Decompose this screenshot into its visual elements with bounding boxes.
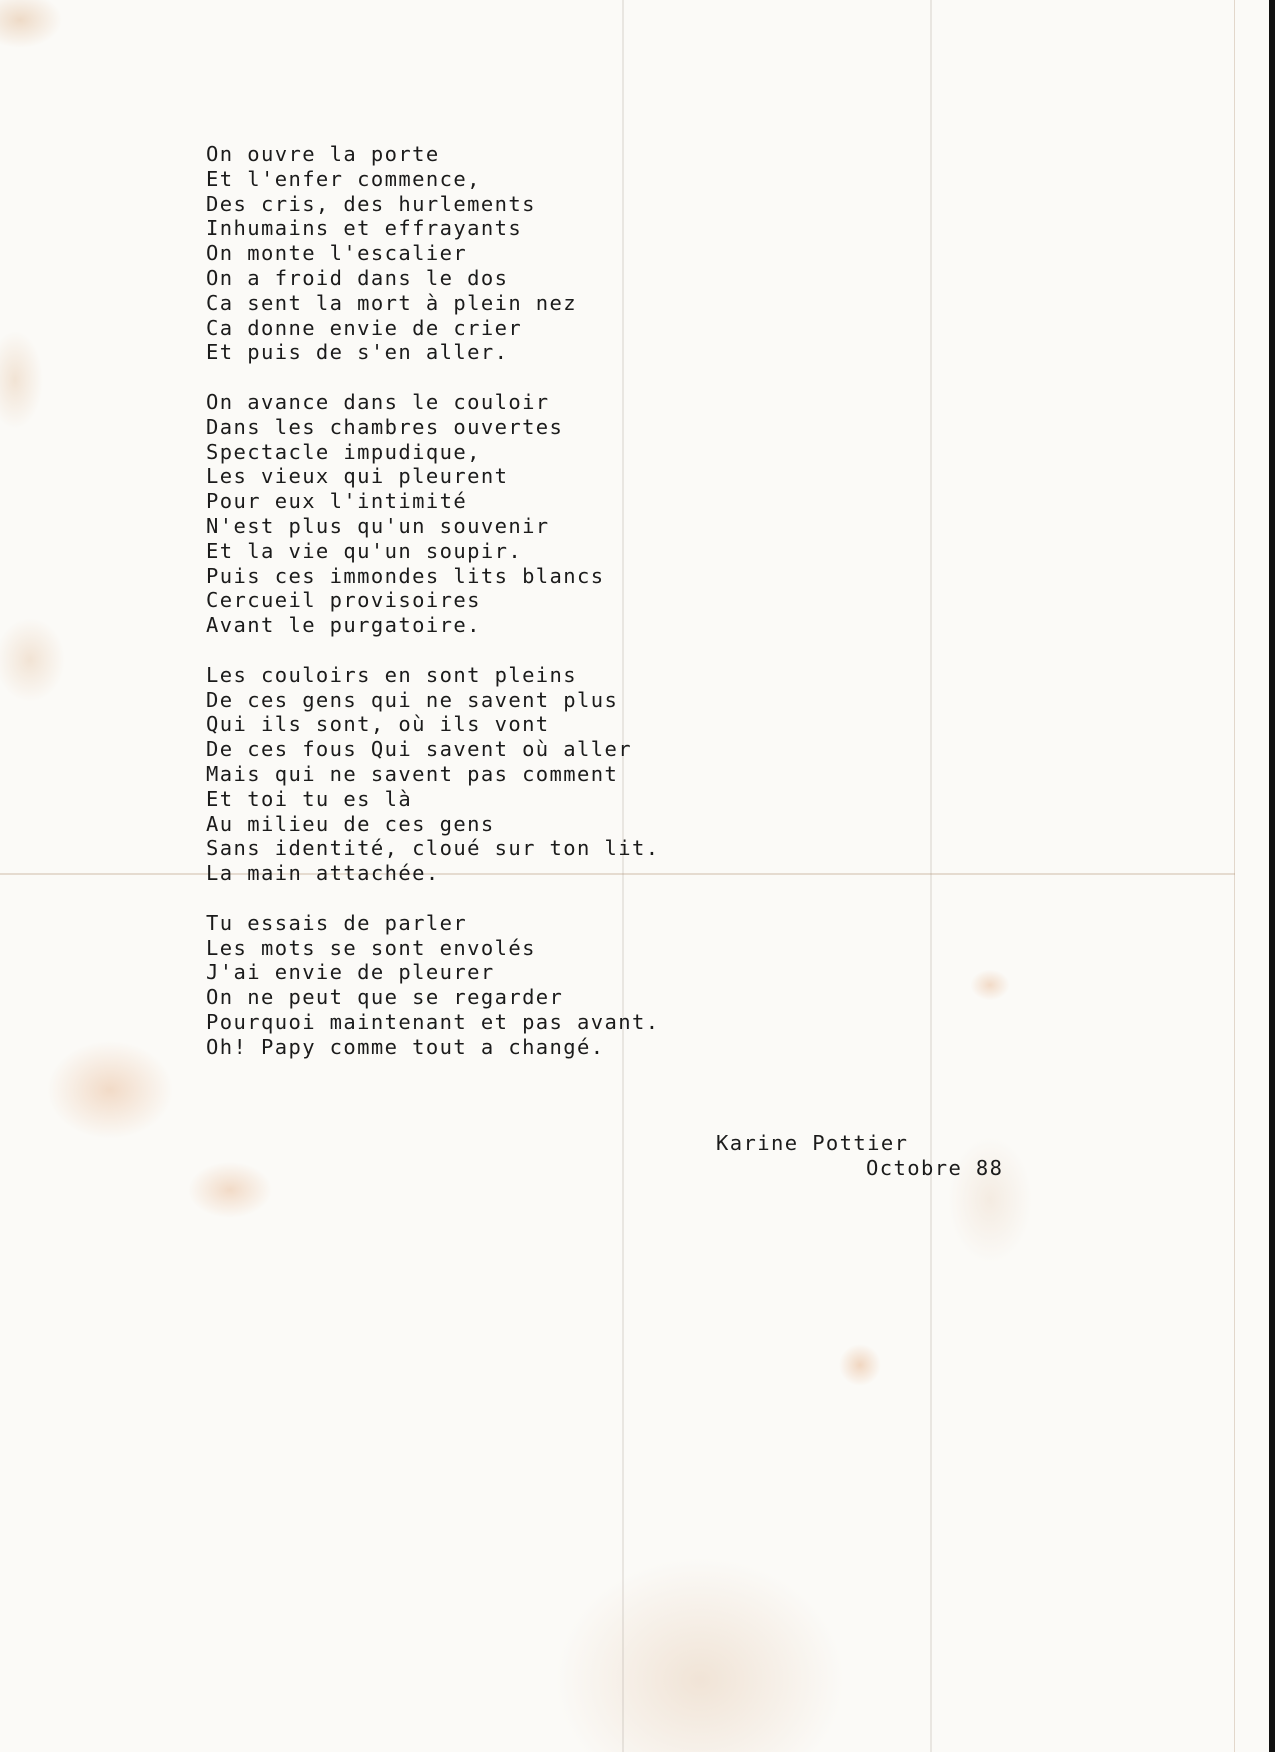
poem-line: On monte l'escalier [206, 241, 660, 266]
poem-line: Au milieu de ces gens [206, 812, 660, 837]
poem-line: J'ai envie de pleurer [206, 960, 660, 985]
poem-line: Et l'enfer commence, [206, 167, 660, 192]
poem-stanza: On avance dans le couloirDans les chambr… [206, 390, 660, 638]
poem-line: Les vieux qui pleurent [206, 464, 660, 489]
poem-line: Et puis de s'en aller. [206, 340, 660, 365]
poem-line: Ca sent la mort à plein nez [206, 291, 660, 316]
poem-line: Avant le purgatoire. [206, 613, 660, 638]
poem-line: De ces gens qui ne savent plus [206, 688, 660, 713]
poem-line: Pourquoi maintenant et pas avant. [206, 1010, 660, 1035]
poem-line: De ces fous Qui savent où aller [206, 737, 660, 762]
poem-line: N'est plus qu'un souvenir [206, 514, 660, 539]
poem-line: Pour eux l'intimité [206, 489, 660, 514]
poem-line: Dans les chambres ouvertes [206, 415, 660, 440]
poem-line: On ouvre la porte [206, 142, 660, 167]
poem-line: Les couloirs en sont pleins [206, 663, 660, 688]
poem-line: Sans identité, cloué sur ton lit. [206, 836, 660, 861]
poem-stanza: Tu essais de parlerLes mots se sont envo… [206, 911, 660, 1060]
poem-line: Qui ils sont, où ils vont [206, 712, 660, 737]
poem-line: On ne peut que se regarder [206, 985, 660, 1010]
poem-line: Mais qui ne savent pas comment [206, 762, 660, 787]
poem-line: Et la vie qu'un soupir. [206, 539, 660, 564]
poem-line: La main attachée. [206, 861, 660, 886]
scan-border [1235, 0, 1275, 1752]
poem-line: On avance dans le couloir [206, 390, 660, 415]
poem-line: Spectacle impudique, [206, 440, 660, 465]
poem-line: Et toi tu es là [206, 787, 660, 812]
author-signature: Karine Pottier [716, 1131, 908, 1155]
poem-line: Tu essais de parler [206, 911, 660, 936]
poem-line: Cercueil provisoires [206, 588, 660, 613]
poem-stanza: On ouvre la porteEt l'enfer commence,Des… [206, 142, 660, 365]
poem-line: On a froid dans le dos [206, 266, 660, 291]
fold-crease-vertical-right [930, 0, 932, 1752]
date-signature: Octobre 88 [866, 1156, 1003, 1180]
poem-line: Puis ces immondes lits blancs [206, 564, 660, 589]
poem-body: On ouvre la porteEt l'enfer commence,Des… [206, 142, 660, 1084]
poem-line: Ca donne envie de crier [206, 316, 660, 341]
poem-line: Inhumains et effrayants [206, 216, 660, 241]
poem-line: Les mots se sont envolés [206, 936, 660, 961]
poem-line: Oh! Papy comme tout a changé. [206, 1035, 660, 1060]
poem-line: Des cris, des hurlements [206, 192, 660, 217]
poem-stanza: Les couloirs en sont pleinsDe ces gens q… [206, 663, 660, 886]
